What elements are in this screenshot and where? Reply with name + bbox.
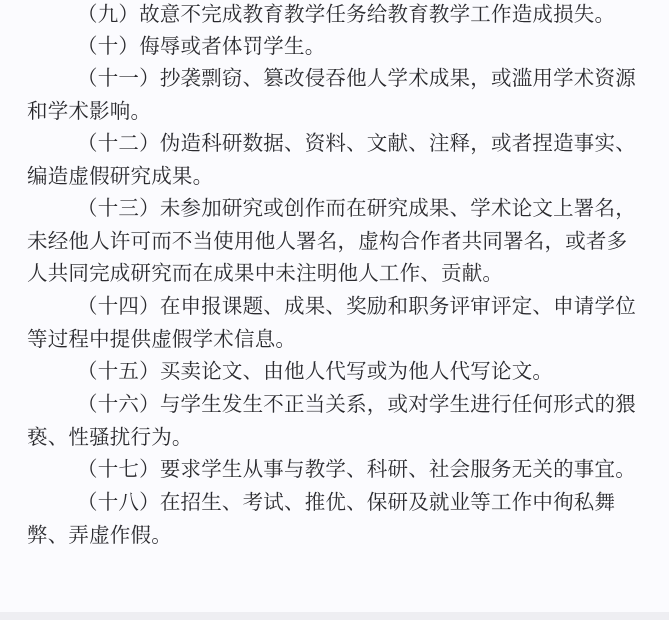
paragraph-16: （十六）与学生发生不正当关系，或对学生进行任何形式的猥亵、性骚扰行为。 — [27, 388, 647, 453]
item-label: （十五） — [77, 359, 160, 383]
item-label: （十二） — [77, 131, 160, 155]
paragraph-14: （十四）在申报课题、成果、奖励和职务评审评定、申请学位等过程中提供虚假学术信息。 — [27, 290, 647, 355]
paragraph-11: （十一）抄袭剽窃、篡改侵吞他人学术成果，或滥用学术资源和学术影响。 — [27, 62, 647, 127]
paragraph-9: （九）故意不完成教育教学任务给教育教学工作造成损失。 — [27, 0, 647, 31]
item-text: 买卖论文、由他人代写或为他人代写论文。 — [160, 359, 553, 383]
item-label: （十三） — [77, 196, 160, 220]
paragraph-13: （十三）未参加研究或创作而在研究成果、学术论文上署名，未经他人许可而不当使用他人… — [27, 192, 647, 290]
paragraph-17: （十七）要求学生从事与教学、科研、社会服务无关的事宜。 — [27, 453, 647, 486]
item-text: 要求学生从事与教学、科研、社会服务无关的事宜。 — [160, 457, 636, 481]
item-label: （九） — [77, 2, 139, 26]
item-label: （十） — [77, 34, 139, 58]
item-text: 侮辱或者体罚学生。 — [139, 34, 325, 58]
paragraph-10: （十）侮辱或者体罚学生。 — [27, 30, 647, 63]
item-label: （十六） — [77, 392, 160, 416]
document-page: （九）故意不完成教育教学任务给教育教学工作造成损失。 （十）侮辱或者体罚学生。 … — [0, 0, 669, 612]
page-bottom-edge — [0, 612, 669, 620]
item-label: （十八） — [77, 490, 160, 514]
paragraph-18: （十八）在招生、考试、推优、保研及就业等工作中徇私舞弊、弄虚作假。 — [27, 486, 647, 551]
item-label: （十一） — [77, 66, 160, 90]
paragraph-12: （十二）伪造科研数据、资料、文献、注释，或者捏造事实、编造虚假研究成果。 — [27, 127, 647, 192]
item-text: 故意不完成教育教学任务给教育教学工作造成损失。 — [139, 2, 615, 26]
item-label: （十四） — [77, 294, 160, 318]
paragraph-15: （十五）买卖论文、由他人代写或为他人代写论文。 — [27, 355, 647, 388]
item-label: （十七） — [77, 457, 160, 481]
